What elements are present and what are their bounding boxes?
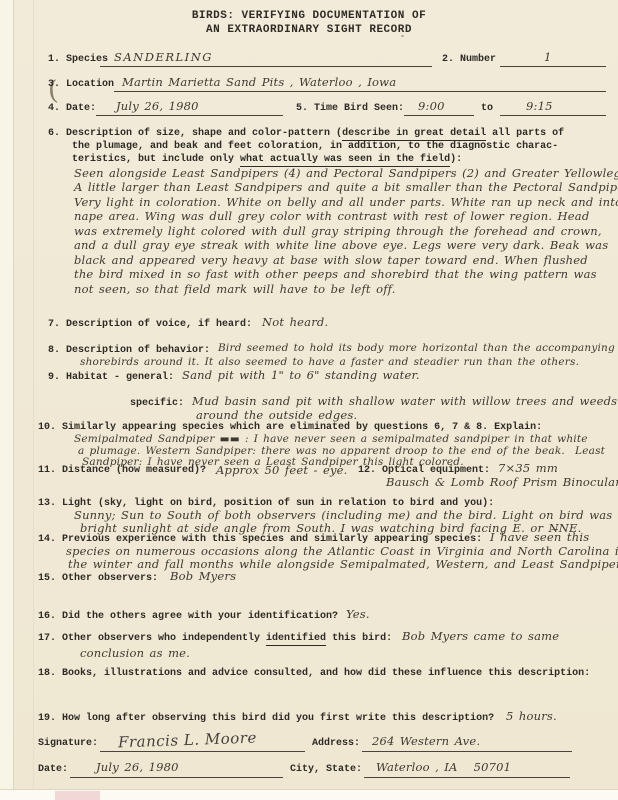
q6-label-line1-post: all parts of [486,128,564,139]
address-label: Address: [312,737,360,750]
form-title-line-2: AN EXTRAORDINARY SIGHT RECORD [0,24,618,37]
time-to-field-line [500,115,606,116]
independent-id-label-pre: 17. Other observers who independently [38,633,266,644]
q6-answer-line: Very light in coloration. White on belly… [74,196,618,209]
q6-answer-line: A little larger than Least Sandpipers an… [74,181,618,194]
voice-value: Not heard. [262,316,328,329]
agree-value: Yes. [346,608,370,621]
signature-value: Francis L. Moore [118,729,257,752]
q6-label-line3-post: ): [450,154,462,165]
independent-id-value-line1: Bob Myers came to same [402,630,559,643]
location-label: 3. Location [48,78,114,91]
experience-value-inline: I have seen this [490,531,589,544]
number-label: 2. Number [442,53,496,66]
species-label: 1. Species [48,53,108,66]
location-field-line [114,91,606,92]
paper-crease [33,0,34,795]
q6-label-line1-pre: 6. Description of size, shape and color-… [48,128,342,139]
q6-label-line1: 6. Description of size, shape and color-… [48,127,564,140]
signature-label: Signature: [38,737,98,750]
q6-label-line2: the plumage, and beak and feet coloratio… [72,140,558,153]
q6-answer-line: was extremely light colored with dull gr… [74,225,602,238]
how-long-value: 5 hours. [506,710,557,723]
q6-answer-line: Seen alongside Least Sandpipers (4) and … [74,167,618,180]
habitat-general-label: 9. Habitat - general: [48,371,174,384]
species-field-line [100,66,432,67]
scanned-form-page: ( BIRDS: VERIFYING DOCUMENTATION OF AN E… [0,0,618,800]
form-title-line-1: BIRDS: VERIFYING DOCUMENTATION OF [0,10,618,23]
q6-answer-line: nape area. Wing was dull grey color with… [74,210,589,223]
optical-value-line2: Bausch & Lomb Roof Prism Binoculars. [386,476,618,489]
time-to-value: 9:15 [526,100,553,113]
number-field-line [500,66,606,67]
signature-field-line [100,751,305,752]
q6-answer-line: not seen, so that field mark will have t… [74,283,396,296]
address-field-line [362,751,572,752]
behavior-value-line1: Bird seemed to hold its body more horizo… [218,342,615,355]
footer-date-label: Date: [38,763,68,776]
city-state-value: Waterloo , IA 50701 [376,761,511,774]
habitat-general-value: Sand pit with 1" to 6" standing water. [182,369,420,382]
optical-value-line1: 7×35 mm [498,462,558,475]
independent-id-label-post: this bird: [326,633,392,644]
date-field-line [96,115,283,116]
independent-id-value-line2: conclusion as me. [80,647,190,660]
number-value: 1 [544,51,552,64]
q6-answer-line: the bird mixed in so fast with other pee… [74,268,597,281]
address-value: 264 Western Ave. [372,735,480,748]
q6-label-line1-underlined: describe in great detail [342,128,486,141]
distance-label: 11. Distance (how measured)? [38,464,206,477]
independent-id-label-underlined: identified [266,633,326,646]
time-from-value: 9:00 [418,100,445,113]
time-seen-label: 5. Time Bird Seen: [296,102,404,115]
independent-id-label: 17. Other observers who independently id… [38,632,392,645]
books-label: 18. Books, illustrations and advice cons… [38,667,590,680]
voice-label: 7. Description of voice, if heard: [48,318,252,331]
time-from-field-line [404,115,474,116]
q6-label-line3: teristics, but include only what actuall… [72,153,462,166]
footer-date-field-line [70,777,283,778]
species-value: SANDERLING [114,51,213,64]
date-label: 4. Date: [48,102,96,115]
q6-answer-line: black and appeared very heavy at base wi… [74,254,588,267]
experience-line2: the winter and fall months while alongsi… [68,558,618,571]
other-observers-label: 15. Other observers: [38,572,158,585]
city-state-label: City, State: [290,763,362,776]
other-observers-value: Bob Myers [170,570,236,583]
date-value: July 26, 1980 [116,100,199,113]
q6-label-line3-pre: teristics, but include only [72,154,240,165]
q6-label-line3-underlined: what actually was seen in the field [240,154,450,167]
pink-paper-fragment [55,791,100,800]
q6-answer-line: and a dull gray eye streak with white li… [74,239,608,252]
distance-value: Approx 50 feet - eye. [216,464,348,477]
page-edge-strip [0,0,14,800]
footer-date-value: July 26, 1980 [96,761,179,774]
city-state-field-line [364,777,570,778]
agree-label: 16. Did the others agree with your ident… [38,610,338,623]
time-to-label: to [481,102,493,115]
habitat-specific-line1: Mud basin sand pit with shallow water wi… [192,395,617,408]
habitat-specific-label: specific: [130,397,184,410]
how-long-label: 19. How long after observing this bird d… [38,712,494,725]
location-value: Martin Marietta Sand Pits , Waterloo , I… [122,76,396,89]
